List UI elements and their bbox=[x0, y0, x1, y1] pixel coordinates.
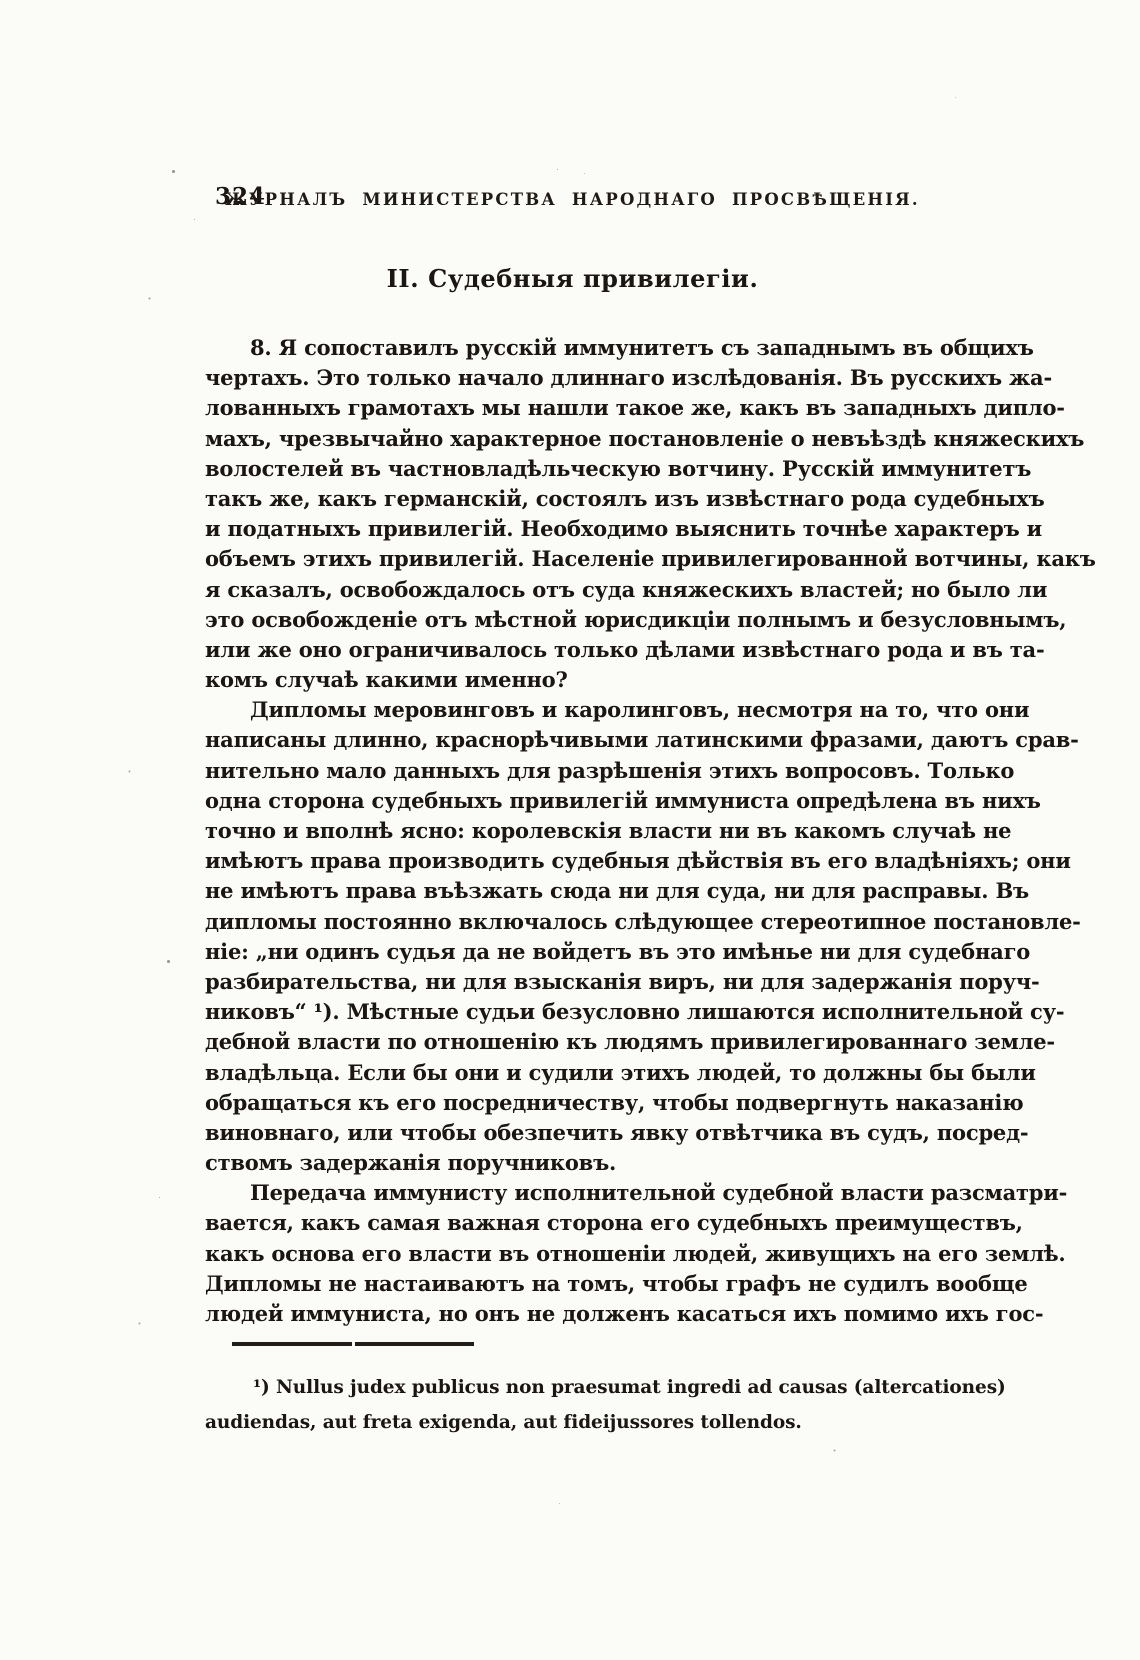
page-container: 324 ЖУРНАЛЪ МИНИСТЕРСТВА НАРОДНАГО ПРОСВ… bbox=[0, 0, 1140, 1660]
text-line: не имѣютъ права въѣзжать сюда ни для суд… bbox=[205, 876, 940, 906]
text-line: имѣютъ права производить судебныя дѣйств… bbox=[205, 846, 940, 876]
text-line: такъ же, какъ германскій, состоялъ изъ и… bbox=[205, 484, 940, 514]
text-line: Дипломы не настаиваютъ на томъ, чтобы гр… bbox=[205, 1269, 940, 1299]
text-line: виновнаго, или чтобы обезпечить явку отв… bbox=[205, 1118, 940, 1148]
text-line: вается, какъ самая важная сторона его су… bbox=[205, 1208, 940, 1238]
text-line: лованныхъ грамотахъ мы нашли такое же, к… bbox=[205, 393, 940, 423]
text-line: чертахъ. Это только начало длиннаго изсл… bbox=[205, 363, 940, 393]
text-line: и податныхъ привилегій. Необходимо выясн… bbox=[205, 514, 940, 544]
text-line: точно и вполнѣ ясно: королевскія власти … bbox=[205, 816, 940, 846]
text-line: нительно мало данныхъ для разрѣшенія эти… bbox=[205, 756, 940, 786]
footnote-line: ¹) Nullus judex publicus non praesumat i… bbox=[205, 1370, 940, 1405]
paragraph: Дипломы меровинговъ и каролинговъ, несмо… bbox=[205, 695, 940, 1178]
section-heading: II. Судебныя привилегіи. bbox=[205, 264, 940, 293]
footnote-rule-segment bbox=[355, 1342, 475, 1346]
footnote: ¹) Nullus judex publicus non praesumat i… bbox=[205, 1370, 940, 1440]
footnote-rule bbox=[232, 1342, 474, 1346]
text-line: ствомъ задержанія поручниковъ. bbox=[205, 1148, 940, 1178]
running-title: ЖУРНАЛЪ МИНИСТЕРСТВА НАРОДНАГО ПРОСВѢЩЕН… bbox=[205, 190, 940, 209]
footnote-line: audiendas, aut freta exigenda, aut fidei… bbox=[205, 1405, 940, 1440]
text-line: дебной власти по отношенію къ людямъ при… bbox=[205, 1027, 940, 1057]
text-line: объемъ этихъ привилегій. Населеніе приви… bbox=[205, 544, 940, 574]
text-line: обращаться къ его посредничеству, чтобы … bbox=[205, 1088, 940, 1118]
text-line: Передача иммунисту исполнительной судебн… bbox=[205, 1178, 940, 1208]
text-line: какъ основа его власти въ отношеніи люде… bbox=[205, 1239, 940, 1269]
text-line: махъ, чрезвычайно характерное постановле… bbox=[205, 424, 940, 454]
paragraph: Передача иммунисту исполнительной судебн… bbox=[205, 1178, 940, 1329]
text-line: разбирательства, ни для взысканія виръ, … bbox=[205, 967, 940, 997]
text-line: никовъ“ ¹). Мѣстные судьи безусловно лиш… bbox=[205, 997, 940, 1027]
text-line: это освобожденіе отъ мѣстной юрисдикціи … bbox=[205, 605, 940, 635]
text-line: одна сторона судебныхъ привилегій иммуни… bbox=[205, 786, 940, 816]
paragraph: 8. Я сопоставилъ русскій иммунитетъ съ з… bbox=[205, 333, 940, 695]
text-line: Дипломы меровинговъ и каролинговъ, несмо… bbox=[205, 695, 940, 725]
text-line: 8. Я сопоставилъ русскій иммунитетъ съ з… bbox=[205, 333, 940, 363]
text-line: волостелей въ частновладѣльческую вотчин… bbox=[205, 454, 940, 484]
text-line: комъ случаѣ какими именно? bbox=[205, 665, 940, 695]
text-line: ніе: „ни одинъ судья да не войдетъ въ эт… bbox=[205, 937, 940, 967]
text-line: или же оно ограничивалось только дѣлами … bbox=[205, 635, 940, 665]
text-line: людей иммуниста, но онъ не долженъ касат… bbox=[205, 1299, 940, 1329]
body-text: 8. Я сопоставилъ русскій иммунитетъ съ з… bbox=[205, 333, 940, 1329]
text-line: я сказалъ, освобождалось отъ суда княжес… bbox=[205, 575, 940, 605]
text-line: написаны длинно, краснорѣчивыми латински… bbox=[205, 725, 940, 755]
footnote-rule-segment bbox=[232, 1342, 352, 1346]
scan-artifacts bbox=[0, 0, 1, 1]
text-line: дипломы постоянно включалось слѣдующее с… bbox=[205, 907, 940, 937]
text-line: владѣльца. Если бы они и судили этихъ лю… bbox=[205, 1058, 940, 1088]
